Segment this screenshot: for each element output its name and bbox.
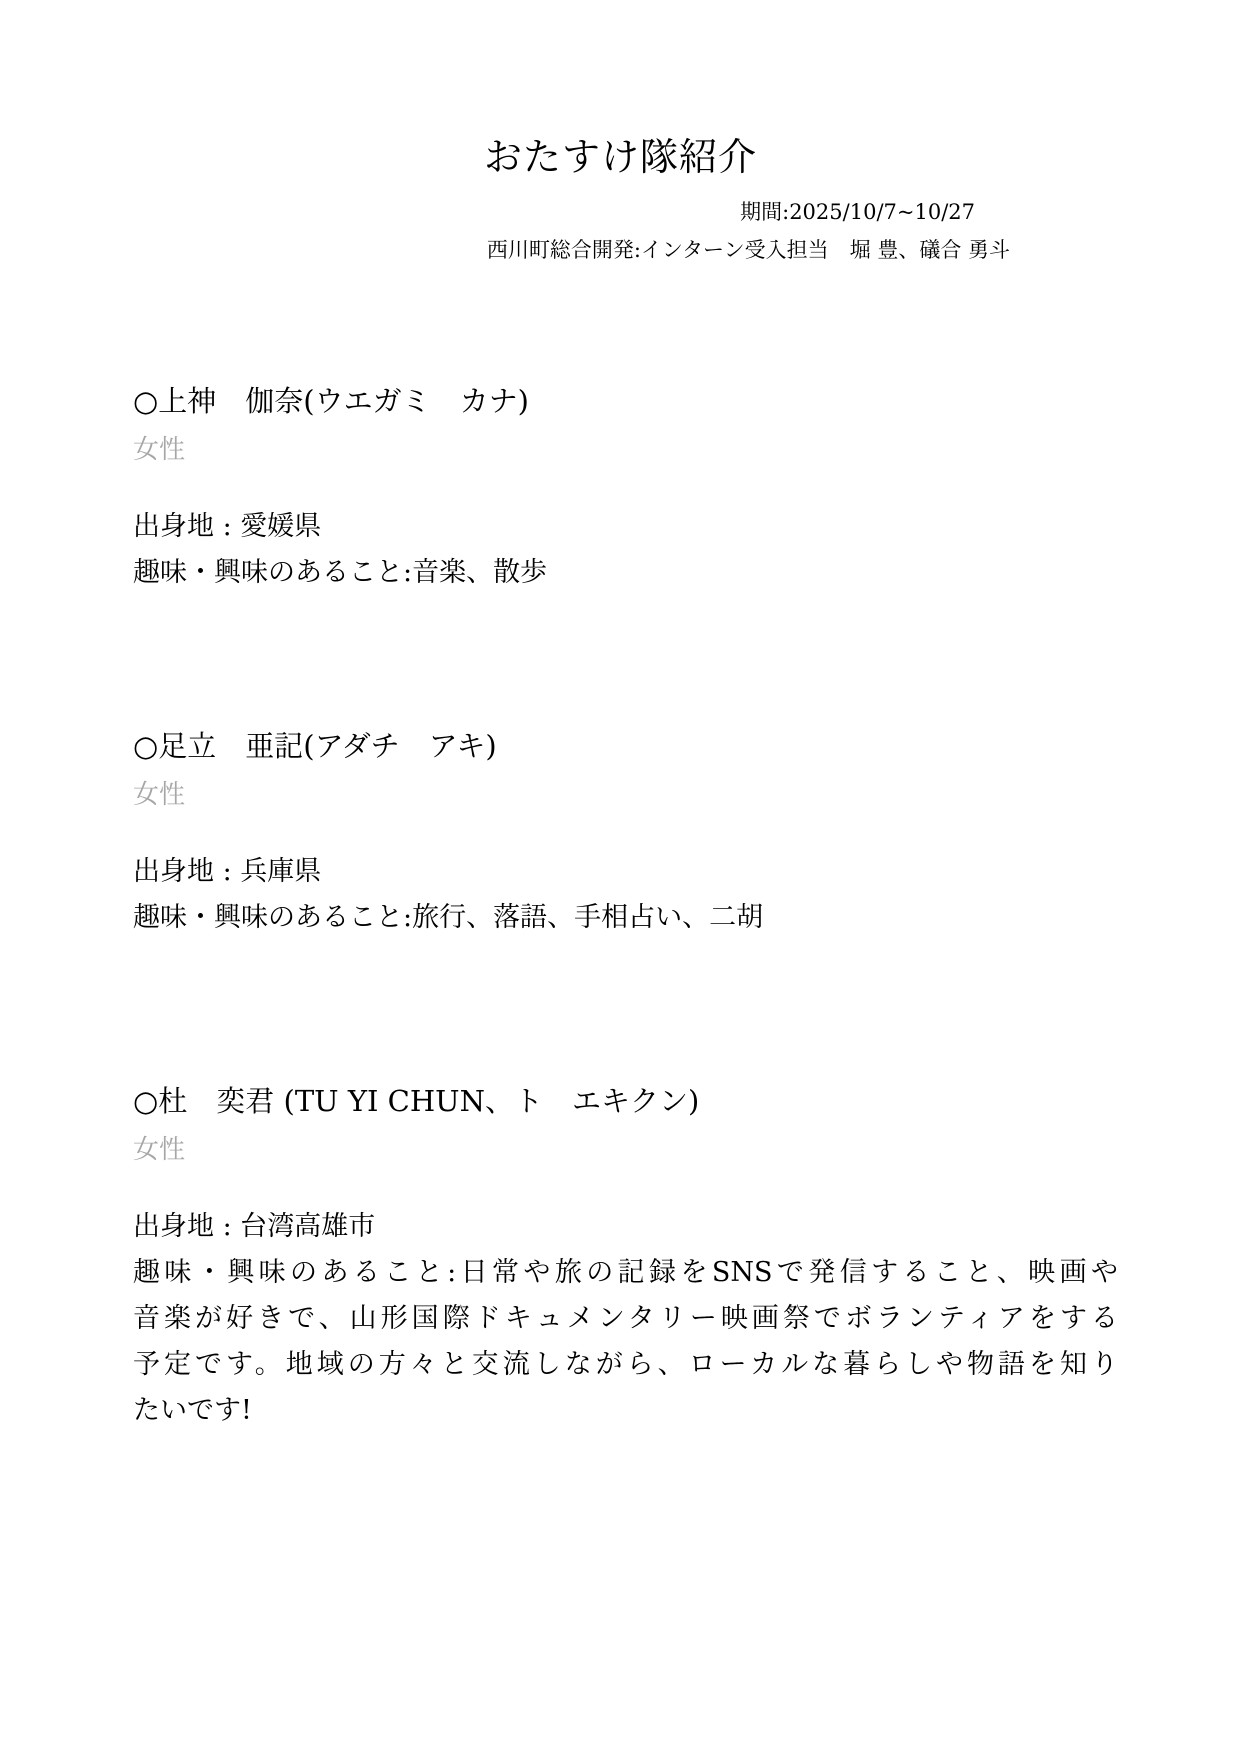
page-title: おたすけ隊紹介 — [0, 126, 1241, 181]
member-gender: 女性 — [133, 433, 1118, 467]
member-origin: 出身地 : 愛媛県 — [133, 504, 1118, 550]
member-name: ○杜 奕君 (TU YI CHUN、ト エキクン) — [133, 1082, 1118, 1120]
member-details: 出身地 : 兵庫県 趣味・興味のあること:旅行、落語、手相占い、二胡 — [133, 849, 1118, 941]
document-page: おたすけ隊紹介 期間:2025/10/7~10/27 西川町総合開発:インターン… — [0, 0, 1241, 1755]
member-details: 出身地 : 台湾高雄市 趣味・興味のあること:日常や旅の記録をSNSで発信するこ… — [133, 1204, 1118, 1434]
member-details: 出身地 : 愛媛県 趣味・興味のあること:音楽、散歩 — [133, 504, 1118, 596]
member-interests-line: 予定です。地域の方々と交流しながら、ローカルな暮らしや物語を知り — [133, 1342, 1118, 1388]
member-origin: 出身地 : 台湾高雄市 — [133, 1204, 1118, 1250]
document-meta: 期間:2025/10/7~10/27 西川町総合開発:インターン受入担当 堀 豊… — [487, 193, 1010, 269]
meta-period: 期間:2025/10/7~10/27 — [487, 193, 1010, 231]
member-interests: 趣味・興味のあること:旅行、落語、手相占い、二胡 — [133, 895, 1118, 941]
member-interests-line: 音楽が好きで、山形国際ドキュメンタリー映画祭でボランティアをする — [133, 1296, 1118, 1342]
member-origin: 出身地 : 兵庫県 — [133, 849, 1118, 895]
member-interests: 趣味・興味のあること:音楽、散歩 — [133, 550, 1118, 596]
member-interests: 趣味・興味のあること:日常や旅の記録をSNSで発信すること、映画や 音楽が好きで… — [133, 1250, 1118, 1434]
member-gender: 女性 — [133, 1133, 1118, 1167]
member-section-uegami: ○上神 伽奈(ウエガミ カナ) 女性 出身地 : 愛媛県 趣味・興味のあること:… — [133, 382, 1118, 596]
member-name: ○足立 亜記(アダチ アキ) — [133, 727, 1118, 765]
member-gender: 女性 — [133, 778, 1118, 812]
member-name: ○上神 伽奈(ウエガミ カナ) — [133, 382, 1118, 420]
member-interests-line: たいです! — [133, 1388, 1118, 1434]
member-section-adachi: ○足立 亜記(アダチ アキ) 女性 出身地 : 兵庫県 趣味・興味のあること:旅… — [133, 727, 1118, 941]
member-interests-line: 趣味・興味のあること:音楽、散歩 — [133, 550, 1118, 596]
member-interests-line: 趣味・興味のあること:日常や旅の記録をSNSで発信すること、映画や — [133, 1250, 1118, 1296]
member-section-tu: ○杜 奕君 (TU YI CHUN、ト エキクン) 女性 出身地 : 台湾高雄市… — [133, 1082, 1118, 1434]
meta-contact: 西川町総合開発:インターン受入担当 堀 豊、礒合 勇斗 — [487, 231, 1010, 269]
member-interests-line: 趣味・興味のあること:旅行、落語、手相占い、二胡 — [133, 895, 1118, 941]
